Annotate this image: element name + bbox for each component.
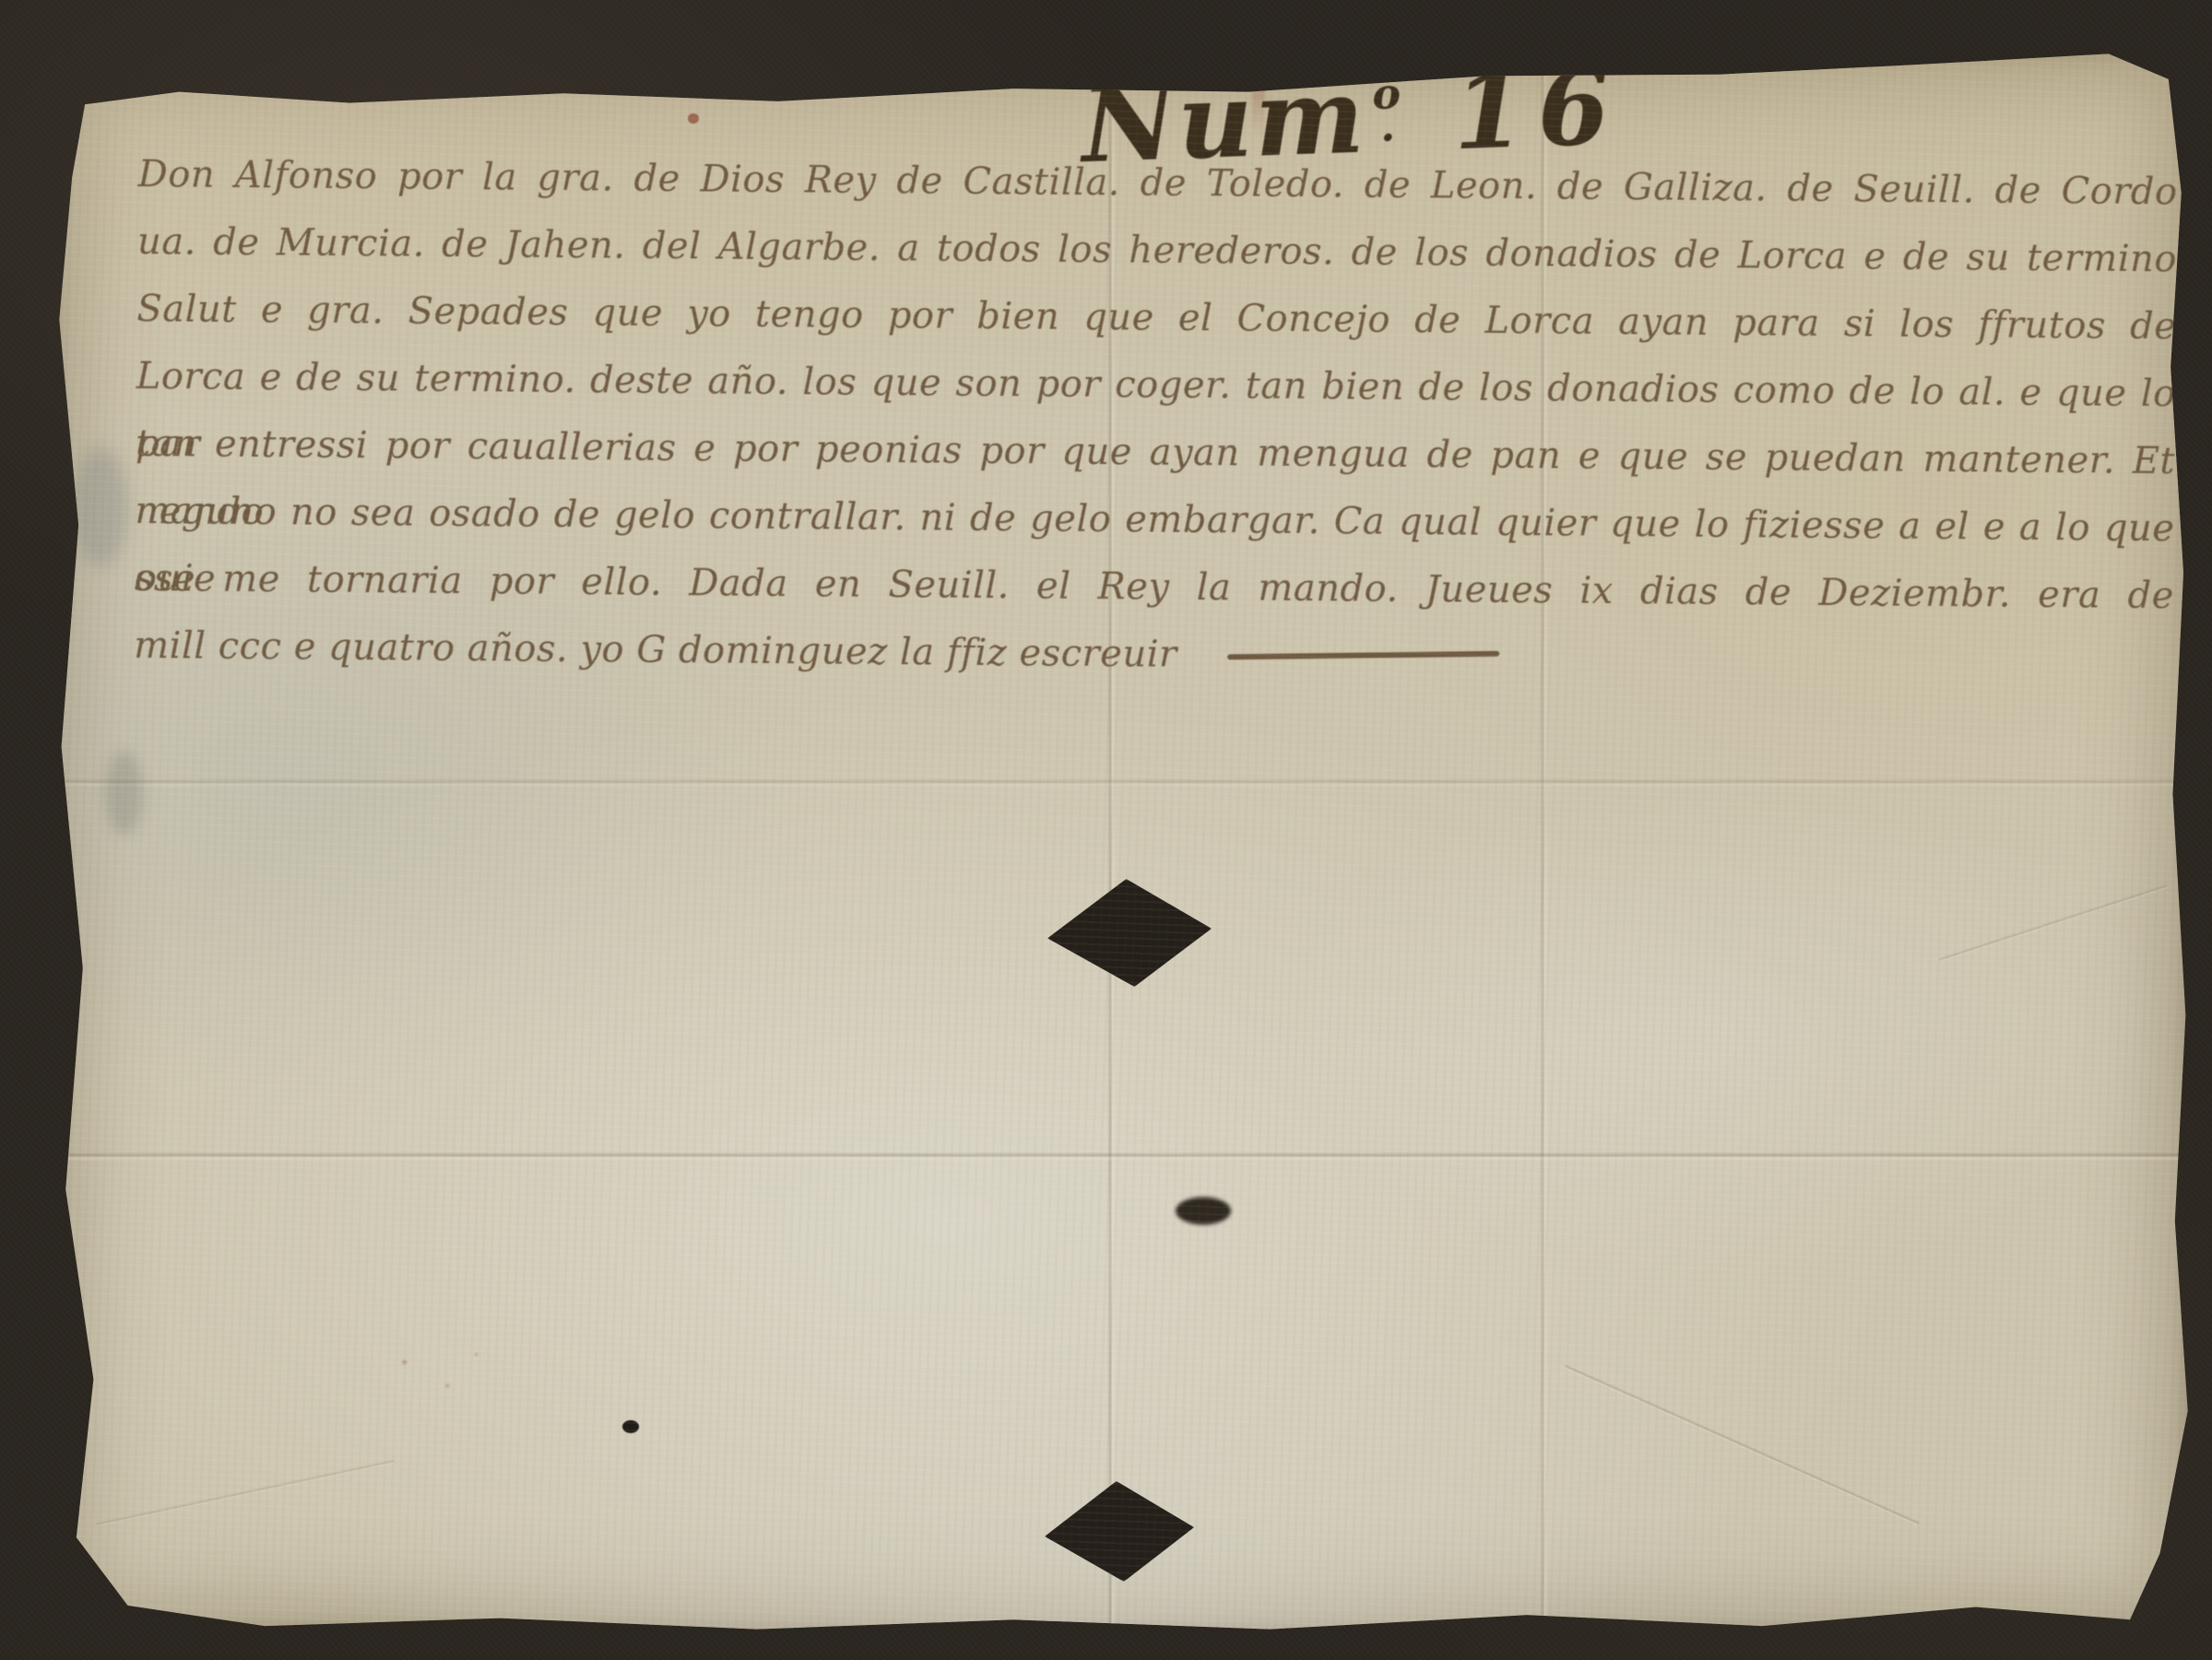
stain-red-speckles (378, 1337, 498, 1416)
manuscript-text: Don Alfonso por la gra. de Dios Rey de C… (134, 141, 2178, 697)
parchment-hole-lower (1045, 1481, 1194, 1582)
wrinkle-bottom-right (1564, 1364, 1920, 1526)
fold-crease-horizontal-2 (51, 1152, 2190, 1161)
stain-gray-smudge (73, 447, 128, 567)
wrinkle-bottom-left (96, 1458, 395, 1526)
scribe-flourish-line (1228, 651, 1500, 660)
heading-ordinal: o. (1372, 77, 1404, 142)
stain-red-dot-2 (688, 113, 699, 124)
parchment-sheet: Numo.16 Don Alfonso por la gra. de Dios … (51, 51, 2190, 1632)
parchment-slit (1176, 1197, 1231, 1225)
ink-dot (622, 1420, 639, 1433)
fold-crease-horizontal-1 (51, 778, 2190, 788)
parchment-hole-upper (1047, 879, 1212, 987)
stain-left-edge (106, 752, 143, 835)
wrinkle-right-edge (1938, 883, 2168, 963)
